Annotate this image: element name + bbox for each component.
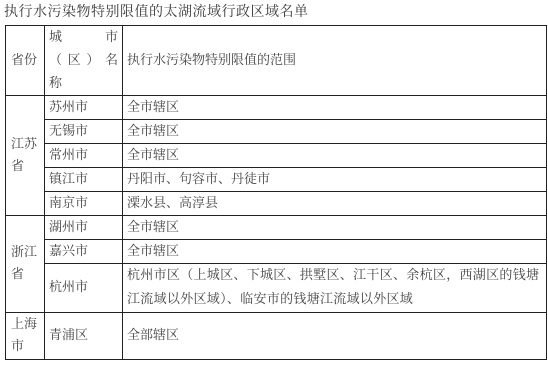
table-row: 上海市 青浦区 全部辖区 [6, 313, 547, 360]
region-list-table: 省份 城市 （区）名 称 执行水污染物特别限值的范围 江苏省 苏州市 全市辖区 … [5, 25, 547, 360]
scope-cell: 丹阳市、句容市、丹徒市 [123, 168, 547, 192]
header-city-char: 名 [105, 49, 118, 72]
header-city-char: 市 [105, 26, 118, 49]
scope-cell: 全市辖区 [123, 216, 547, 240]
header-city: 城市 （区）名 称 [45, 26, 123, 96]
province-name: 上海市 [11, 314, 39, 358]
table-row: 南京市 溧水县、高淳县 [6, 192, 547, 216]
scope-cell: 溧水县、高淳县 [123, 192, 547, 216]
province-cell: 江苏省 [6, 96, 45, 216]
province-name: 江苏省 [11, 134, 39, 178]
header-city-char: 称 [49, 72, 118, 95]
city-cell: 青浦区 [45, 313, 123, 360]
table-row: 镇江市 丹阳市、句容市、丹徒市 [6, 168, 547, 192]
province-cell: 浙江省 [6, 216, 45, 313]
city-cell: 苏州市 [45, 96, 123, 120]
scope-cell: 全市辖区 [123, 240, 547, 264]
city-cell: 无锡市 [45, 120, 123, 144]
header-city-char: 区 [68, 49, 81, 72]
header-province: 省份 [6, 26, 45, 96]
table-row: 江苏省 苏州市 全市辖区 [6, 96, 547, 120]
table-header-row: 省份 城市 （区）名 称 执行水污染物特别限值的范围 [6, 26, 547, 96]
city-cell: 杭州市 [45, 264, 123, 313]
table-row: 杭州市 杭州市区（上城区、下城区、拱墅区、江干区、余杭区，西湖区的钱塘江流域以外… [6, 264, 547, 313]
document-title: 执行水污染物特别限值的太湖流域行政区域名单 [4, 3, 309, 21]
city-cell: 镇江市 [45, 168, 123, 192]
city-cell: 湖州市 [45, 216, 123, 240]
scope-cell: 全市辖区 [123, 120, 547, 144]
header-city-char: 城 [49, 26, 62, 49]
scope-cell: 全市辖区 [123, 144, 547, 168]
table-row: 嘉兴市 全市辖区 [6, 240, 547, 264]
header-scope: 执行水污染物特别限值的范围 [123, 26, 547, 96]
header-city-char: ） [86, 49, 99, 72]
city-cell: 嘉兴市 [45, 240, 123, 264]
province-name: 浙江省 [11, 242, 39, 286]
table-row: 常州市 全市辖区 [6, 144, 547, 168]
header-city-char: （ [49, 49, 62, 72]
table-row: 浙江省 湖州市 全市辖区 [6, 216, 547, 240]
city-cell: 常州市 [45, 144, 123, 168]
city-cell: 南京市 [45, 192, 123, 216]
scope-cell: 杭州市区（上城区、下城区、拱墅区、江干区、余杭区，西湖区的钱塘江流域以外区域）、… [123, 264, 547, 313]
scope-cell: 全部辖区 [123, 313, 547, 360]
table-row: 无锡市 全市辖区 [6, 120, 547, 144]
province-cell: 上海市 [6, 313, 45, 360]
scope-cell: 全市辖区 [123, 96, 547, 120]
